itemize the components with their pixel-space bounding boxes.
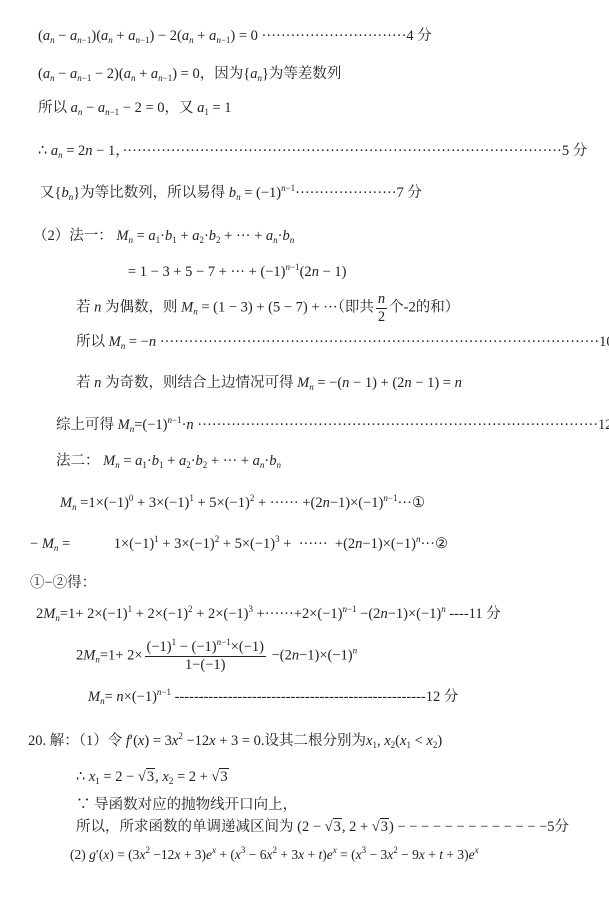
sqrt-radical: √3	[325, 818, 342, 835]
sqrt-radical: √3	[138, 768, 155, 785]
sqrt-radical: √3	[211, 768, 228, 785]
eq-bn-result-7pts: 又{bn}为等比数列，所以易得 bn = (−1)n−1············…	[40, 182, 609, 204]
Mn-combined-result-12pts: 综上可得 Mn=(−1)n−1·n ······················…	[56, 414, 609, 436]
q20-part2-gprime: (2) g′(x) = (3x2 −12x + 3)ex + (x3 − 6x2…	[70, 844, 609, 866]
sqrt-radical: √3	[372, 818, 389, 835]
document-page: (an − an−1)(an + an−1) − 2(an + an−1) = …	[0, 0, 609, 906]
case-n-odd: 若 n 为奇数，则结合上边情况可得 Mn = −(n − 1) + (2n − …	[76, 372, 609, 394]
q20-decreasing-interval-5pts: 所以，所求函数的单调递减区间为 (2 − √3, 2 + √3) − − − −…	[76, 816, 609, 838]
q20-parabola-note: ∵ 导函数对应的抛物线开口向上，	[76, 794, 609, 816]
eq-circled-2: − Mn = 1×(−1)1 + 3×(−1)2 + 5×(−1)3 + ···…	[30, 533, 609, 555]
Mn-expanded-series: = 1 − 3 + 5 − 7 + ··· + (−1)n−1(2n − 1)	[128, 261, 609, 283]
q20-roots: ∴ x1 = 2 − √3, x2 = 2 + √3	[76, 766, 609, 788]
eq-factored: (an − an−1 − 2)(an + an−1) = 0，因为{an}为等差…	[38, 63, 609, 85]
case-n-even: 若 n 为偶数，则 Mn = (1 − 3) + (5 − 7) + ···（即…	[76, 291, 609, 325]
eq-circled-1: Mn =1×(−1)0 + 3×(−1)1 + 5×(−1)2 + ······…	[60, 492, 609, 514]
q20-part1-derivative: 20. 解：（1）令 f′(x) = 3x2 −12x + 3 = 0.设其二根…	[28, 730, 609, 752]
Mn-final-result-12pts: Mn= n×(−1)n−1 --------------------------…	[88, 686, 609, 708]
fraction: (−1)1 − (−1)n−1×(−1)1−(−1)	[145, 639, 266, 673]
subtract-equations-label: ①−②得：	[30, 572, 609, 594]
eq-an-result-5pts: ∴ an = 2n − 1，··························…	[38, 140, 609, 162]
Mn-even-result-10pts: 所以 Mn = −n ·····························…	[76, 331, 609, 353]
2Mn-geometric-sum: 2Mn=1+ 2×(−1)1 − (−1)n−1×(−1)1−(−1) −(2n…	[76, 639, 609, 673]
eq-common-difference: 所以 an − an−1 − 2 = 0，又 a1 = 1	[38, 97, 609, 119]
part2-method1-Mn-def: （2）法一： Mn = a1·b1 + a2·b2 + ··· + an·bn	[33, 225, 609, 247]
fraction: n2	[376, 291, 387, 325]
method2-Mn-def: 法二： Mn = a1·b1 + a2·b2 + ··· + an·bn	[56, 450, 609, 472]
2Mn-expanded-11pts: 2Mn=1+ 2×(−1)1 + 2×(−1)2 + 2×(−1)3 +····…	[36, 603, 609, 625]
eq-expand-4pts: (an − an−1)(an + an−1) − 2(an + an−1) = …	[38, 25, 609, 47]
